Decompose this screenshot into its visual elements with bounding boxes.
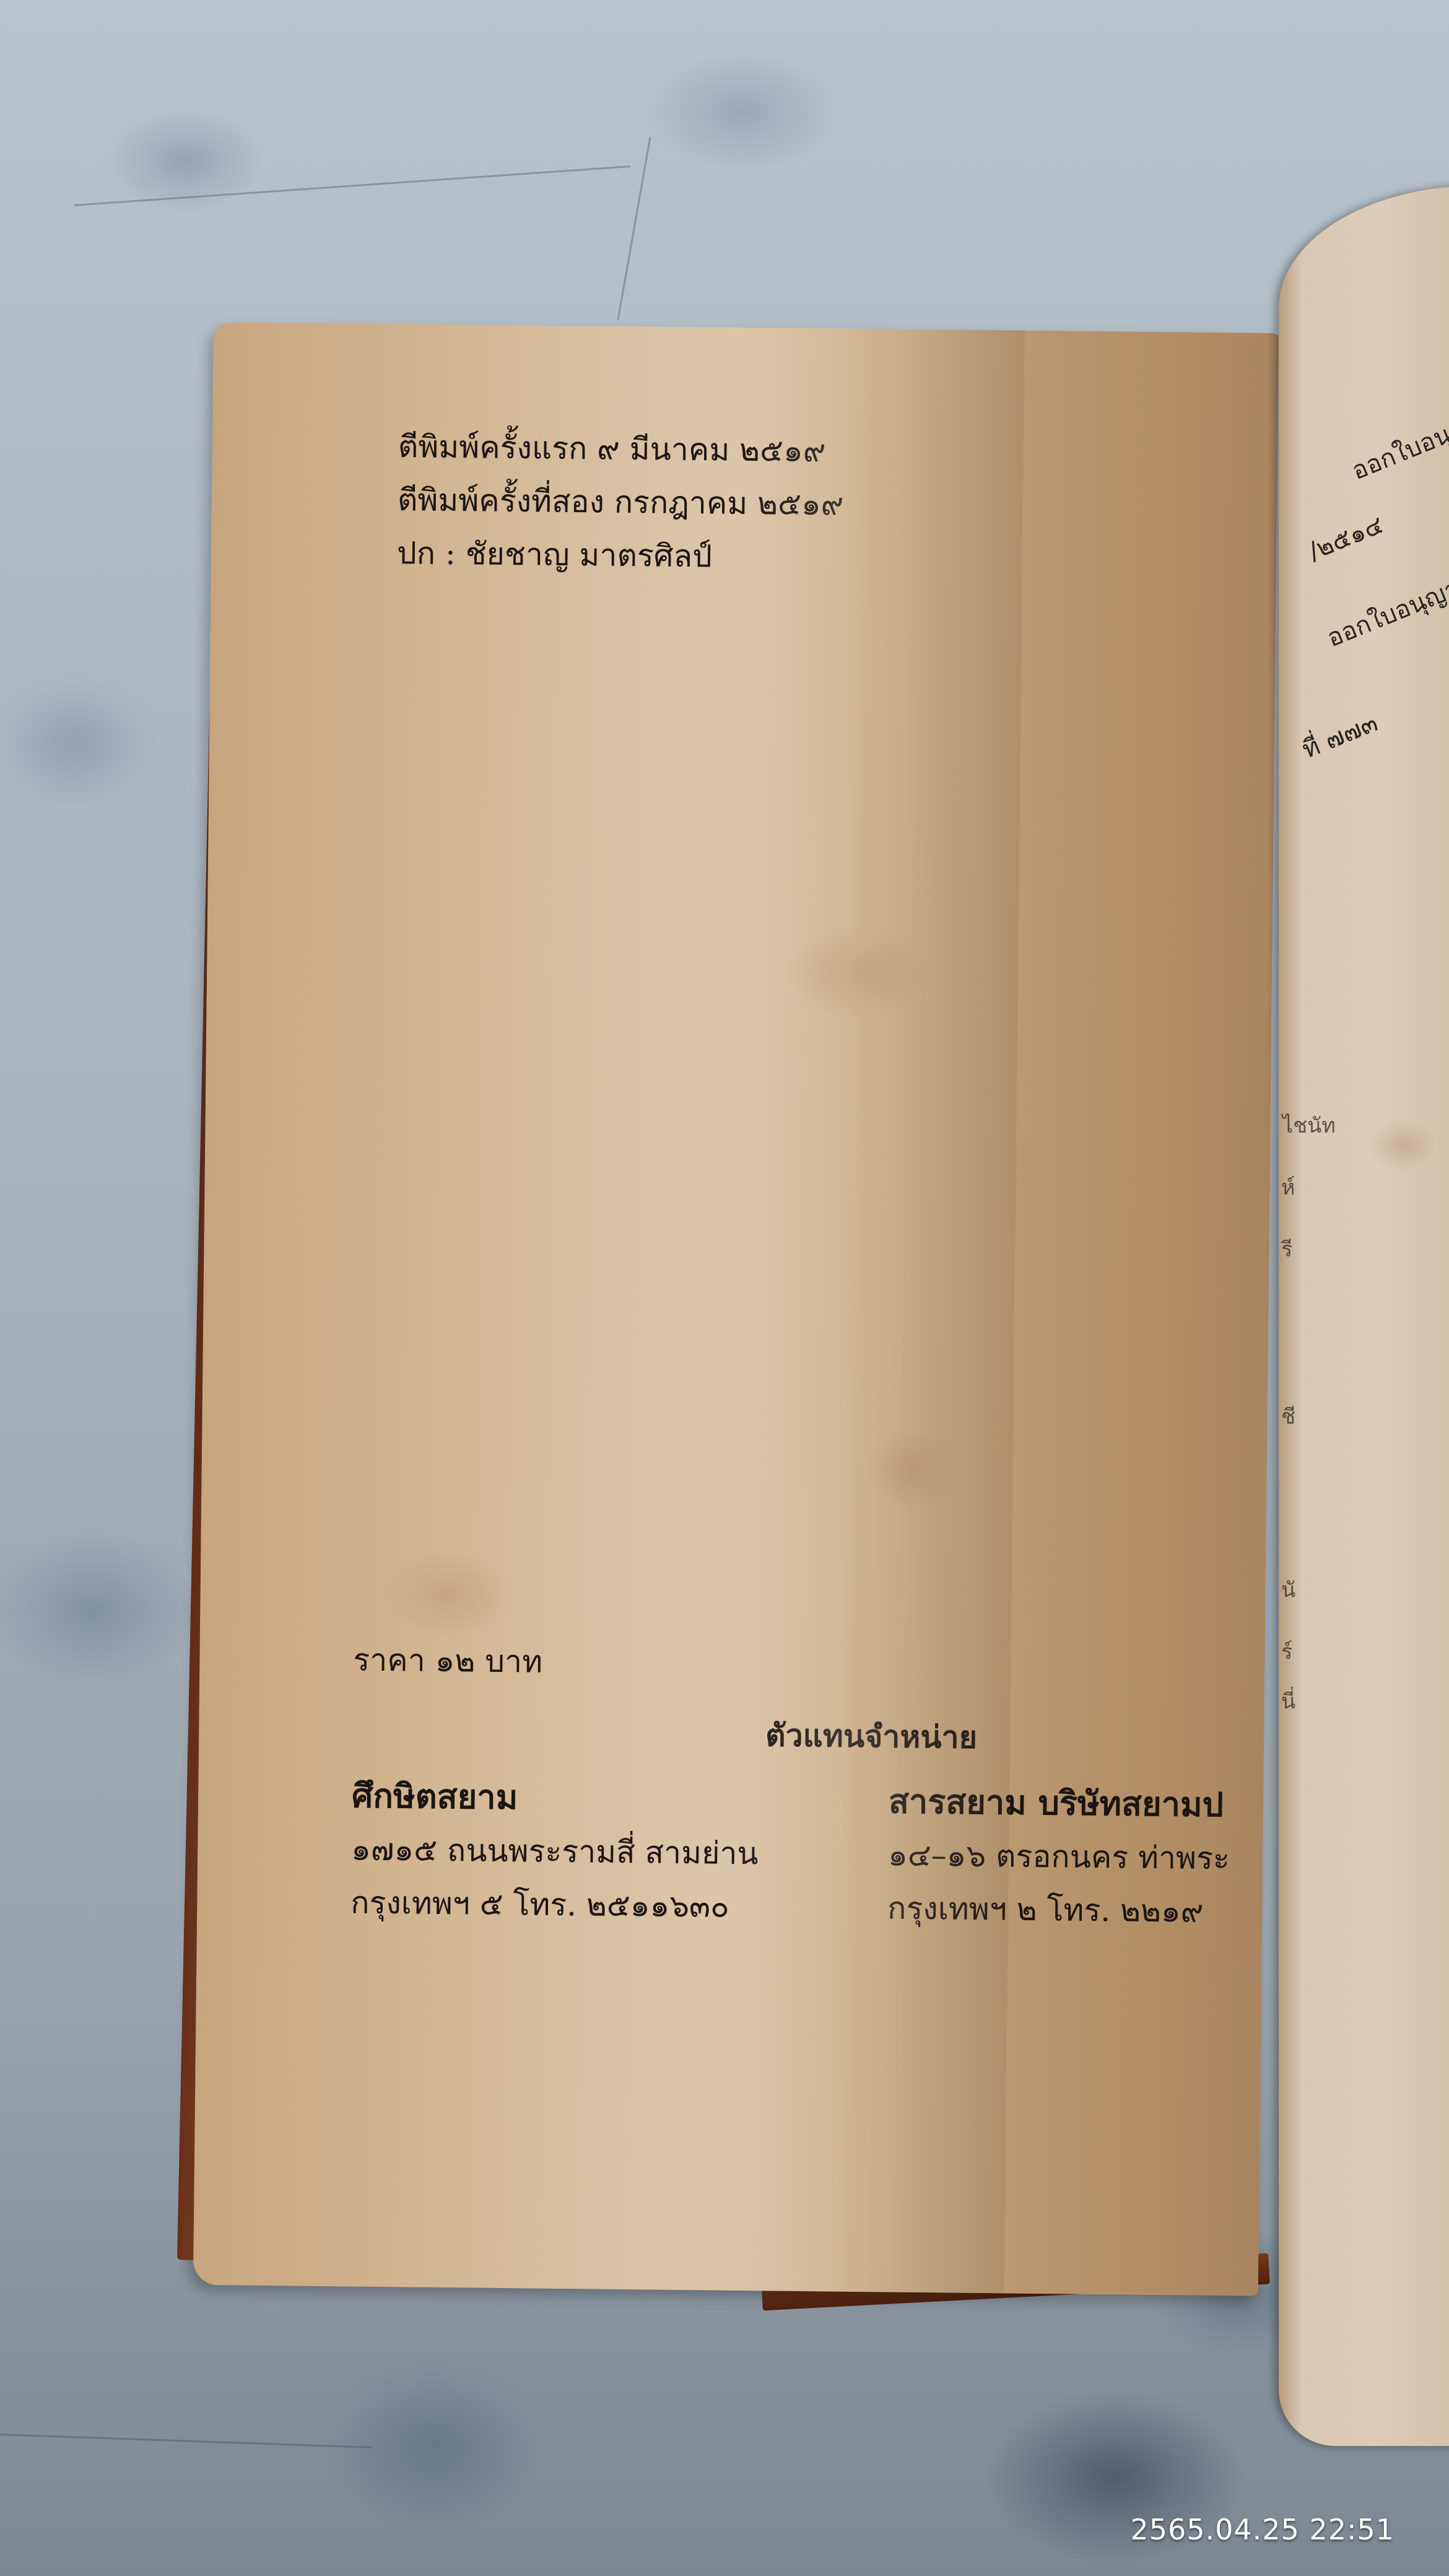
right-page-margin-fragment: ร์ <box>1281 1635 1292 1668</box>
second-printing: ตีพิมพ์ครั้งที่สอง กรกฎาคม ๒๕๑๙ <box>398 473 844 531</box>
edition-info: ตีพิมพ์ครั้งแรก ๙ มีนาคม ๒๕๑๙ ตีพิมพ์ครั… <box>397 420 845 585</box>
book-page-left: ตีพิมพ์ครั้งแรก ๙ มีนาคม ๒๕๑๙ ตีพิมพ์ครั… <box>193 322 1279 2296</box>
publisher-right: สารสยาม บริษัทสยามป ๑๔–๑๖ ตรอกนคร ท่าพระ… <box>887 1775 1264 1939</box>
publisher-left-name: ศึกษิตสยาม <box>352 1769 759 1827</box>
book-page-right: ออกใบอนุญา /๒๕๑๔ ออกใบอนุญาต ที่ ๗๗๓ ไชน… <box>1279 186 1449 2446</box>
right-page-fragment: ออกใบอนุญา <box>1346 401 1449 490</box>
right-page-fragment: /๒๕๑๔ <box>1302 505 1390 570</box>
right-page-fragment: ที่ ๗๗๓ <box>1296 703 1383 769</box>
floor-crack <box>74 165 630 206</box>
publisher-left-phone: กรุงเทพฯ ๕ โทร. ๒๕๑๑๖๓๐ <box>350 1876 758 1933</box>
right-page-margin-fragment: รี <box>1281 1232 1292 1266</box>
right-page-margin-fragment: ไชนัท <box>1282 1108 1336 1142</box>
price: ราคา ๑๒ บาท <box>353 1633 543 1688</box>
publisher-right-phone: กรุงเทพฯ ๒ โทร. ๒๒๑๙ <box>887 1882 1263 1939</box>
right-page-margin-fragment: นี่ <box>1281 1684 1295 1718</box>
right-page-margin-fragment: ห์ <box>1281 1170 1295 1204</box>
photo-timestamp: 2565.04.25 22:51 <box>1130 2513 1395 2546</box>
floor-crack <box>617 137 651 320</box>
publisher-left-address: ๑๗๑๕ ถนนพระรามสี่ สามย่าน <box>351 1822 759 1880</box>
first-printing: ตีพิมพ์ครั้งแรก ๙ มีนาคม ๒๕๑๙ <box>398 420 844 478</box>
right-page-fragment: ออกใบอนุญาต <box>1321 562 1449 657</box>
right-page-margin-fragment: ชี <box>1281 1399 1295 1433</box>
floor-crack <box>0 2434 372 2448</box>
cover-credit: ปก : ชัยชาญ มาตรศิลป์ <box>397 526 843 585</box>
distributor-heading: ตัวแทนจำหน่าย <box>765 1708 978 1764</box>
publisher-left: ศึกษิตสยาม ๑๗๑๕ ถนนพระรามสี่ สามย่าน กรุ… <box>350 1769 759 1933</box>
publisher-right-address: ๑๔–๑๖ ตรอกนคร ท่าพระ <box>888 1829 1263 1886</box>
right-page-margin-fragment: นั <box>1281 1573 1295 1606</box>
publisher-right-name: สารสยาม บริษัทสยามป <box>889 1775 1264 1832</box>
